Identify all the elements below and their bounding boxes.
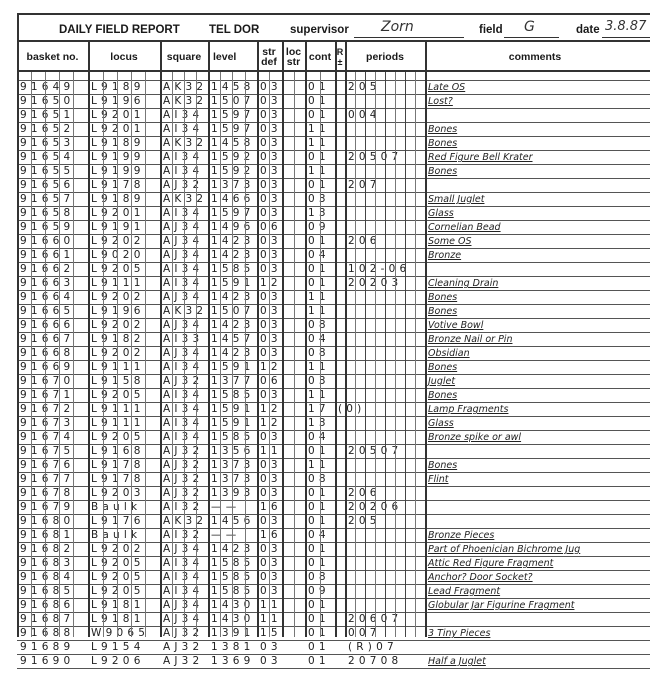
cell-comment[interactable]: Small Juglet bbox=[425, 193, 650, 206]
grid-line bbox=[365, 72, 366, 637]
cell-locus[interactable]: L9182 bbox=[88, 333, 160, 346]
table-row: 91680L9176AK3214560301205 bbox=[17, 515, 650, 529]
grid-line bbox=[88, 40, 90, 637]
cell-basket[interactable]: 91675 bbox=[17, 445, 88, 458]
cell-locus[interactable]: L9176 bbox=[88, 515, 160, 528]
header-spacer-row bbox=[17, 72, 650, 81]
cell-cont[interactable]: 01 bbox=[305, 655, 335, 668]
cell-locus[interactable]: W9065 bbox=[88, 627, 160, 640]
cell-comment[interactable] bbox=[425, 109, 650, 122]
cell-basket[interactable]: 91678 bbox=[17, 487, 88, 500]
cell-comment[interactable]: Cornelian Bead bbox=[425, 221, 650, 234]
cell-comment[interactable]: Juglet bbox=[425, 375, 650, 388]
cell-comment[interactable]: Red Figure Bell Krater bbox=[425, 151, 650, 164]
cell-locus[interactable]: L9206 bbox=[88, 655, 160, 668]
cell-locus[interactable]: L9111 bbox=[88, 277, 160, 290]
cell-basket[interactable]: 91666 bbox=[17, 319, 88, 332]
cell-locus[interactable]: L9205 bbox=[88, 389, 160, 402]
cell-locus[interactable]: L9111 bbox=[88, 403, 160, 416]
cell-comment[interactable]: Bones bbox=[425, 305, 650, 318]
cell-locus[interactable]: L9201 bbox=[88, 123, 160, 136]
grid-line bbox=[73, 72, 74, 637]
cell-locus[interactable]: L9201 bbox=[88, 109, 160, 122]
cell-basket[interactable]: 91685 bbox=[17, 585, 88, 598]
col-comments: comments bbox=[425, 42, 645, 72]
table-row: 91685L9205AI3415850309Lead Fragment bbox=[17, 585, 650, 599]
cell-comment[interactable] bbox=[425, 515, 650, 528]
grid-line bbox=[405, 72, 406, 637]
cell-comment[interactable] bbox=[425, 445, 650, 458]
table-row: 91651L9201AI3415970301004 bbox=[17, 109, 650, 123]
cell-basket[interactable]: 91667 bbox=[17, 333, 88, 346]
grid-line bbox=[294, 72, 295, 637]
cell-basket[interactable]: 91674 bbox=[17, 431, 88, 444]
table-row: 91650L9196AK3215070301Lost? bbox=[17, 95, 650, 109]
cell-locus[interactable]: L9158 bbox=[88, 375, 160, 388]
cell-comment[interactable]: Bones bbox=[425, 291, 650, 304]
cell-comment[interactable]: Obsidian bbox=[425, 347, 650, 360]
cell-locus[interactable]: L9181 bbox=[88, 599, 160, 612]
col-loc-str: loc str bbox=[282, 42, 305, 72]
grid-line bbox=[320, 72, 321, 637]
table-row: 91659L9191AJ3414960609Cornelian Bead bbox=[17, 221, 650, 235]
field-underline bbox=[504, 37, 559, 38]
cell-comment[interactable]: Bronze spike or awl bbox=[425, 431, 650, 444]
cell-basket[interactable]: 91679 bbox=[17, 501, 88, 514]
grid-line bbox=[45, 72, 46, 637]
cell-comment[interactable]: Half a Juglet bbox=[425, 655, 650, 668]
cell-comment[interactable]: Bones bbox=[425, 123, 650, 136]
grid-line bbox=[355, 72, 356, 637]
grid-line bbox=[131, 72, 132, 637]
table-row: 91670L9158AJ3213770603Juglet bbox=[17, 375, 650, 389]
cell-comment[interactable]: Bones bbox=[425, 389, 650, 402]
cell-locus[interactable]: L9202 bbox=[88, 543, 160, 556]
cell-comment[interactable]: Globular Jar Figurine Fragment bbox=[425, 599, 650, 612]
cell-locus[interactable]: L9205 bbox=[88, 571, 160, 584]
cell-locus[interactable]: L9189 bbox=[88, 81, 160, 94]
cell-str-def[interactable]: 03 bbox=[257, 641, 282, 654]
grid-line bbox=[145, 72, 146, 637]
cell-periods[interactable]: 20708 bbox=[345, 655, 425, 668]
col-square: square bbox=[160, 42, 208, 72]
cell-comment[interactable]: Lamp Fragments bbox=[425, 403, 650, 416]
table-row: 91669L9111AI3415911211Bones bbox=[17, 361, 650, 375]
cell-comment[interactable]: Anchor? Door Socket? bbox=[425, 571, 650, 584]
grid-line bbox=[245, 72, 246, 637]
cell-comment[interactable]: Bronze Nail or Pin bbox=[425, 333, 650, 346]
cell-locus[interactable]: L9178 bbox=[88, 179, 160, 192]
cell-locus[interactable]: Baulk bbox=[88, 529, 160, 542]
cell-locus[interactable]: L9202 bbox=[88, 235, 160, 248]
grid-line bbox=[103, 72, 104, 637]
cell-basket[interactable]: 91676 bbox=[17, 459, 88, 472]
cell-periods[interactable]: (R)07 bbox=[345, 641, 425, 654]
grid-line bbox=[305, 40, 307, 637]
cell-locus[interactable]: L9196 bbox=[88, 305, 160, 318]
field-label: field bbox=[479, 24, 503, 36]
table-row: 91672L9111AI3415911217(0)Lamp Fragments bbox=[17, 403, 650, 417]
cell-comment[interactable]: Some OS bbox=[425, 235, 650, 248]
table-row: 91677L9178AJ3213730308Flint bbox=[17, 473, 650, 487]
cell-basket[interactable]: 91656 bbox=[17, 179, 88, 192]
cell-locus[interactable]: L9178 bbox=[88, 473, 160, 486]
cell-locus[interactable]: L9189 bbox=[88, 193, 160, 206]
table-row: 91679BaulkAI32——160120206 bbox=[17, 501, 650, 515]
table-row: 91655L9199AI3415920311Bones bbox=[17, 165, 650, 179]
cell-basket[interactable]: 91668 bbox=[17, 347, 88, 360]
cell-square[interactable]: AJ32 bbox=[160, 655, 208, 668]
table-row: 91660L9202AJ3414230301206Some OS bbox=[17, 235, 650, 249]
cell-basket[interactable]: 91673 bbox=[17, 417, 88, 430]
grid-line bbox=[31, 72, 32, 637]
cell-basket[interactable]: 91665 bbox=[17, 305, 88, 318]
cell-basket[interactable]: 91650 bbox=[17, 95, 88, 108]
grid-line bbox=[232, 72, 233, 637]
daily-field-report-form: DAILY FIELD REPORT TEL DOR supervisor Zo… bbox=[17, 13, 650, 673]
table-row: 91656L9178AJ3213730301207 bbox=[17, 179, 650, 193]
cell-locus[interactable]: L9154 bbox=[88, 641, 160, 654]
table-row: 91649L9189AK3214580301205Late OS bbox=[17, 81, 650, 95]
grid-line bbox=[160, 40, 162, 637]
cell-basket[interactable]: 91681 bbox=[17, 529, 88, 542]
cell-basket[interactable]: 91671 bbox=[17, 389, 88, 402]
cell-comment[interactable] bbox=[425, 179, 650, 192]
grid-line bbox=[220, 72, 221, 637]
grid-line bbox=[345, 40, 347, 637]
cell-locus[interactable]: L9020 bbox=[88, 249, 160, 262]
table-row: 91690L9206AJ321369030120708Half a Juglet bbox=[17, 655, 650, 669]
grid-line bbox=[184, 72, 185, 637]
grid-line bbox=[196, 72, 197, 637]
grid-line bbox=[117, 72, 118, 637]
table-row: 91682L9202AJ3414230301Part of Phoenician… bbox=[17, 543, 650, 557]
form-title: DAILY FIELD REPORT bbox=[59, 24, 180, 36]
cell-basket[interactable]: 91652 bbox=[17, 123, 88, 136]
cell-comment[interactable]: Bones bbox=[425, 459, 650, 472]
cell-locus[interactable]: L9205 bbox=[88, 557, 160, 570]
col-basket-no: basket no. bbox=[17, 42, 88, 72]
cell-comment[interactable]: Bronze bbox=[425, 249, 650, 262]
cell-basket[interactable]: 91680 bbox=[17, 515, 88, 528]
cell-comment[interactable] bbox=[425, 641, 650, 654]
cell-locus[interactable]: L9205 bbox=[88, 585, 160, 598]
cell-basket[interactable]: 91669 bbox=[17, 361, 88, 374]
table-row: 91667L9182AI3314570304Bronze Nail or Pin bbox=[17, 333, 650, 347]
grid-line bbox=[208, 40, 210, 637]
table-row: 91684L9205AI3415850308Anchor? Door Socke… bbox=[17, 571, 650, 585]
table-row: 91687L9181AJ341430110120607 bbox=[17, 613, 650, 627]
cell-comment[interactable]: Part of Phoenician Bichrome Jug bbox=[425, 543, 650, 556]
cell-locus[interactable]: L9202 bbox=[88, 319, 160, 332]
cell-basket[interactable]: 91688 bbox=[17, 627, 88, 640]
col-periods: periods bbox=[345, 42, 425, 72]
col-level: level bbox=[208, 42, 257, 72]
site-name: TEL DOR bbox=[209, 24, 259, 36]
cell-locus[interactable]: L9111 bbox=[88, 417, 160, 430]
cell-basket[interactable]: 91659 bbox=[17, 221, 88, 234]
cell-comment[interactable]: Bones bbox=[425, 361, 650, 374]
cell-basket[interactable]: 91662 bbox=[17, 263, 88, 276]
cell-basket[interactable]: 91649 bbox=[17, 81, 88, 94]
cell-basket[interactable]: 91690 bbox=[17, 655, 88, 668]
table-row: 91678L9203AJ3213930301206 bbox=[17, 487, 650, 501]
cell-basket[interactable]: 91653 bbox=[17, 137, 88, 150]
table-row: 91654L9199AI341592030120507Red Figure Be… bbox=[17, 151, 650, 165]
cell-level[interactable]: 1381 bbox=[208, 641, 257, 654]
cell-comment[interactable] bbox=[425, 487, 650, 500]
date-underline bbox=[602, 37, 650, 38]
cell-comment[interactable]: Cleaning Drain bbox=[425, 277, 650, 290]
cell-locus[interactable]: L9196 bbox=[88, 95, 160, 108]
cell-basket[interactable]: 91655 bbox=[17, 165, 88, 178]
cell-level[interactable]: 1369 bbox=[208, 655, 257, 668]
col-str-def: str def bbox=[257, 42, 281, 72]
cell-basket[interactable]: 91657 bbox=[17, 193, 88, 206]
field-value[interactable]: G bbox=[524, 19, 535, 35]
cell-basket[interactable]: 91660 bbox=[17, 235, 88, 248]
table-row: 91664L9202AJ3414230311Bones bbox=[17, 291, 650, 305]
cell-basket[interactable]: 91683 bbox=[17, 557, 88, 570]
table-row: 91673L9111AI3415911213Glass bbox=[17, 417, 650, 431]
cell-basket[interactable]: 91684 bbox=[17, 571, 88, 584]
grid-line bbox=[282, 40, 284, 637]
cell-square[interactable]: AJ32 bbox=[160, 641, 208, 654]
cell-basket[interactable]: 91651 bbox=[17, 109, 88, 122]
cell-str-def[interactable]: 03 bbox=[257, 655, 282, 668]
cell-comment[interactable] bbox=[425, 613, 650, 626]
table-row: 91688W9065AJ32139115010073 Tiny Pieces bbox=[17, 627, 650, 641]
column-header-row: basket no. locus square level str def lo… bbox=[17, 40, 650, 72]
cell-basket[interactable]: 91661 bbox=[17, 249, 88, 262]
grid-line bbox=[59, 72, 60, 637]
table-row: 91663L9111AI341591120120203Cleaning Drai… bbox=[17, 277, 650, 291]
cell-locus[interactable]: L9202 bbox=[88, 291, 160, 304]
table-row: 91668L9202AJ3414230308Obsidian bbox=[17, 347, 650, 361]
cell-locus[interactable]: L9189 bbox=[88, 137, 160, 150]
cell-locus[interactable]: L9203 bbox=[88, 487, 160, 500]
grid-line bbox=[375, 72, 376, 637]
cell-basket[interactable]: 91658 bbox=[17, 207, 88, 220]
cell-comment[interactable]: Bronze Pieces bbox=[425, 529, 650, 542]
table-row: 91666L9202AJ3414230308Votive Bowl bbox=[17, 319, 650, 333]
cell-basket[interactable]: 91686 bbox=[17, 599, 88, 612]
cell-locus[interactable]: L9205 bbox=[88, 263, 160, 276]
table-row: 91671L9205AI3415850311Bones bbox=[17, 389, 650, 403]
date-label: date bbox=[576, 24, 600, 36]
cell-basket[interactable]: 91654 bbox=[17, 151, 88, 164]
cell-comment[interactable] bbox=[425, 263, 650, 276]
supervisor-label: supervisor bbox=[290, 24, 349, 36]
table-row: 91675L9168AJ321356110120507 bbox=[17, 445, 650, 459]
cell-comment[interactable]: Votive Bowl bbox=[425, 319, 650, 332]
table-row: 91652L9201AI3415970311Bones bbox=[17, 123, 650, 137]
table-row: 91658L9201AI3415970313Glass bbox=[17, 207, 650, 221]
table-row: 91674L9205AI3415850304Bronze spike or aw… bbox=[17, 431, 650, 445]
grid-line bbox=[385, 72, 386, 637]
table-row: 91657L9189AK3214660303Small Juglet bbox=[17, 193, 650, 207]
cell-basket[interactable]: 91663 bbox=[17, 277, 88, 290]
table-row: 91665L9196AK3215070311Bones bbox=[17, 305, 650, 319]
cell-comment[interactable]: 3 Tiny Pieces bbox=[425, 627, 650, 640]
cell-locus[interactable]: L9201 bbox=[88, 207, 160, 220]
cell-basket[interactable]: 91672 bbox=[17, 403, 88, 416]
cell-locus[interactable]: L9202 bbox=[88, 347, 160, 360]
grid-line bbox=[335, 40, 337, 637]
cell-locus[interactable]: L9199 bbox=[88, 151, 160, 164]
col-cont: cont bbox=[305, 42, 335, 72]
cell-comment[interactable]: Flint bbox=[425, 473, 650, 486]
grid-line bbox=[172, 72, 173, 637]
cell-locus[interactable]: L9181 bbox=[88, 613, 160, 626]
cell-basket[interactable]: 91670 bbox=[17, 375, 88, 388]
grid-line bbox=[257, 40, 259, 637]
cell-comment[interactable]: Bones bbox=[425, 165, 650, 178]
table-row: 91686L9181AJ3414301101Globular Jar Figur… bbox=[17, 599, 650, 613]
cell-comment[interactable]: Lead Fragment bbox=[425, 585, 650, 598]
cell-basket[interactable]: 91664 bbox=[17, 291, 88, 304]
cell-locus[interactable]: L9178 bbox=[88, 459, 160, 472]
cell-comment[interactable]: Attic Red Figure Fragment bbox=[425, 557, 650, 570]
cell-comment[interactable] bbox=[425, 501, 650, 514]
cell-basket[interactable]: 91689 bbox=[17, 641, 88, 654]
grid-line bbox=[395, 72, 396, 637]
cell-comment[interactable]: Glass bbox=[425, 207, 650, 220]
cell-locus[interactable]: L9191 bbox=[88, 221, 160, 234]
supervisor-field[interactable]: Zorn bbox=[381, 19, 414, 35]
col-locus: locus bbox=[88, 42, 160, 72]
cell-comment[interactable]: Late OS bbox=[425, 81, 650, 94]
grid-line bbox=[415, 72, 416, 637]
form-title-row: DAILY FIELD REPORT TEL DOR supervisor Zo… bbox=[17, 13, 650, 40]
cell-cont[interactable]: 01 bbox=[305, 641, 335, 654]
cell-basket[interactable]: 91687 bbox=[17, 613, 88, 626]
table-row: 91689L9154AJ3213810301(R)07 bbox=[17, 641, 650, 655]
table-row: 91676L9178AJ3213730311Bones bbox=[17, 459, 650, 473]
table-row: 91681BaulkAI32——1604Bronze Pieces bbox=[17, 529, 650, 543]
cell-locus[interactable]: L9111 bbox=[88, 361, 160, 374]
date-value[interactable]: 3.8.87 bbox=[605, 19, 646, 34]
cell-comment[interactable]: Bones bbox=[425, 137, 650, 150]
cell-locus[interactable]: Baulk bbox=[88, 501, 160, 514]
supervisor-underline bbox=[354, 37, 464, 38]
grid-line bbox=[425, 40, 427, 637]
grid-line bbox=[17, 40, 19, 637]
table-row: 91683L9205AI3415850301Attic Red Figure F… bbox=[17, 557, 650, 571]
table-row: 91661L9020AJ3414230304Bronze bbox=[17, 249, 650, 263]
cell-locus[interactable]: L9205 bbox=[88, 431, 160, 444]
cell-comment[interactable]: Lost? bbox=[425, 95, 650, 108]
cell-locus[interactable]: L9199 bbox=[88, 165, 160, 178]
cell-comment[interactable]: Glass bbox=[425, 417, 650, 430]
table-row: 91662L9205AI3415850301102-06 bbox=[17, 263, 650, 277]
grid-line bbox=[269, 72, 270, 637]
cell-basket[interactable]: 91682 bbox=[17, 543, 88, 556]
cell-locus[interactable]: L9168 bbox=[88, 445, 160, 458]
cell-basket[interactable]: 91677 bbox=[17, 473, 88, 486]
table-row: 91653L9189AK3214580311Bones bbox=[17, 137, 650, 151]
